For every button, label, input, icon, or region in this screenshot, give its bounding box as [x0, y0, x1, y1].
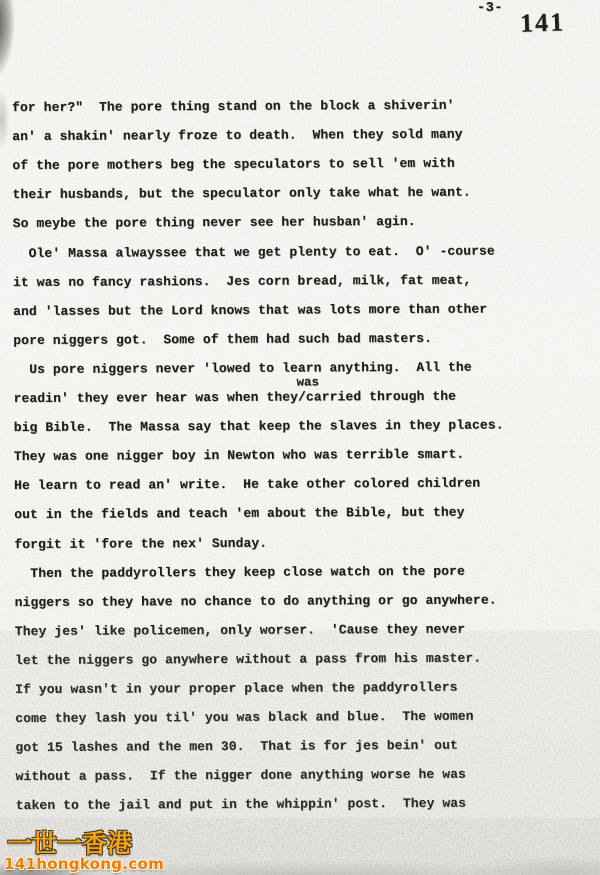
text-line-4: their husbands, but the speculator only … [12, 185, 470, 202]
watermark-domain: 141hongkong.com [4, 855, 164, 873]
text-line-8: and 'lasses but the Lord knows that was … [13, 301, 487, 318]
scanned-document-page: -3- 141 was for her?" The pore thing sta… [0, 0, 600, 875]
text-line-22: come they lash you til' you was black an… [15, 709, 473, 726]
text-line-18: niggers so they have no chance to do any… [15, 592, 497, 610]
text-line-3: of the pore mothers beg the speculators … [12, 156, 455, 173]
text-line-6: Ole' Massa alwayssee that we get plenty … [13, 243, 495, 261]
interlinear-insertion: was [296, 375, 319, 389]
text-line-23: got 15 lashes and the men 30. That is fo… [15, 738, 458, 755]
text-line-20: let the niggers go anywhere without a pa… [15, 650, 481, 667]
text-line-24: without a pass. If the nigger done anyth… [16, 767, 466, 784]
text-line-9: pore niggers got. Some of them had such … [13, 331, 432, 348]
text-line-15: out in the fields and teach 'em about th… [14, 505, 464, 522]
text-line-14: He learn to read an' write. He take othe… [14, 476, 480, 493]
text-line-7: it was no fancy rashions. Jes corn bread… [13, 272, 471, 289]
text-line-13: They was one nigger boy in Newton who wa… [14, 447, 464, 464]
text-line-17: Then the paddyrollers they keep close wa… [14, 563, 464, 580]
text-line-10: Us pore niggers never 'lowed to learn an… [13, 360, 471, 377]
text-line-2: an' a shakin' nearly froze to death. Whe… [12, 127, 462, 144]
text-line-19: They jes' like policemen, only worser. '… [15, 621, 465, 638]
text-line-11: readin' they ever hear was when they/car… [14, 389, 457, 406]
text-line-25: taken to the jail and put in the whippin… [16, 796, 466, 813]
text-line-5: So meybe the pore thing never see her hu… [13, 214, 416, 231]
watermark-cjk: 一世一香港 [7, 831, 132, 857]
text-line-12: big Bible. The Massa say that keep the s… [14, 418, 504, 436]
text-line-21: If you wasn't in your proper place when … [15, 680, 458, 697]
document-lines: was for her?" The pore thing stand on th… [0, 0, 600, 875]
text-line-1: for her?" The pore thing stand on the bl… [12, 98, 455, 115]
text-line-16: forgit it 'fore the nex' Sunday. [14, 535, 267, 551]
